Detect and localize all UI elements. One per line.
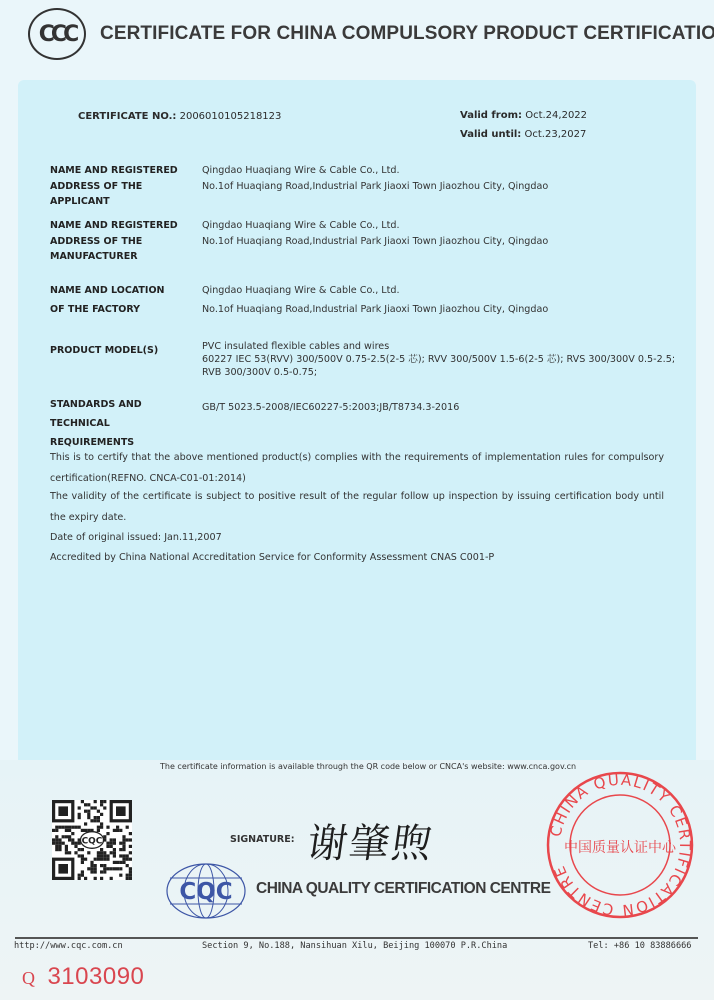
- label-line: NAME AND REGISTERED: [50, 218, 190, 234]
- valid-until: Valid until: Oct.23,2027: [460, 129, 586, 140]
- manufacturer-name: Qingdao Huaqiang Wire & Cable Co., Ltd.: [202, 218, 692, 234]
- footer-address: Section 9, No.188, Nansihuan Xilu, Beiji…: [202, 941, 507, 951]
- manufacturer-address: No.1of Huaqiang Road,Industrial Park Jia…: [202, 234, 692, 250]
- original-issue-date: Date of original issued: Jan.11,2007: [50, 527, 664, 548]
- label-line: MANUFACTURER: [50, 249, 190, 265]
- label-line: ADDRESS OF THE: [50, 234, 190, 250]
- ccc-logo-text: CCC: [39, 22, 75, 47]
- validity-statement: The validity of the certificate is subje…: [50, 486, 664, 528]
- serial-number: Q 3103090: [22, 963, 144, 991]
- certificate-number: CERTIFICATE NO.: 2006010105218123: [78, 111, 281, 122]
- qr-note: The certificate information is available…: [160, 762, 576, 771]
- standards-label: STANDARDS AND TECHNICAL REQUIREMENTS: [50, 395, 190, 452]
- label-line: STANDARDS AND: [50, 395, 190, 414]
- product-models: 60227 IEC 53(RVV) 300/500V 0.75-2.5(2-5 …: [202, 353, 692, 379]
- factory-name: Qingdao Huaqiang Wire & Cable Co., Ltd.: [202, 281, 692, 300]
- label-line: OF THE FACTORY: [50, 300, 190, 319]
- manufacturer-label: NAME AND REGISTERED ADDRESS OF THE MANUF…: [50, 218, 190, 265]
- product-value: PVC insulated flexible cables and wires …: [202, 340, 692, 379]
- standards-value: GB/T 5023.5-2008/IEC60227-5:2003;JB/T873…: [202, 400, 692, 415]
- valid-until-label: Valid until:: [460, 129, 521, 140]
- factory-address: No.1of Huaqiang Road,Industrial Park Jia…: [202, 300, 692, 319]
- manufacturer-value: Qingdao Huaqiang Wire & Cable Co., Ltd. …: [202, 218, 692, 249]
- signature-label: SIGNATURE:: [230, 834, 295, 845]
- label-line: ADDRESS OF THE APPLICANT: [50, 179, 190, 210]
- svg-text:CQC: CQC: [82, 837, 103, 847]
- qr-code-icon: CQC: [52, 800, 132, 880]
- ccc-logo-icon: CCC: [28, 8, 86, 60]
- label-line: NAME AND REGISTERED: [50, 163, 190, 179]
- product-description: PVC insulated flexible cables and wires: [202, 340, 692, 353]
- organization-name: CHINA QUALITY CERTIFICATION CENTRE: [256, 880, 550, 898]
- svg-text:CQC: CQC: [179, 879, 232, 905]
- footer-divider: [15, 937, 698, 939]
- product-label: PRODUCT MODEL(S): [50, 344, 190, 357]
- applicant-name: Qingdao Huaqiang Wire & Cable Co., Ltd.: [202, 163, 692, 179]
- certificate-number-value: 2006010105218123: [180, 111, 282, 122]
- serial-prefix: Q: [22, 968, 35, 988]
- official-seal: CHINA QUALITY CERTIFICATION CENTRE 中国质量认…: [545, 770, 695, 924]
- valid-from: Valid from: Oct.24,2022: [460, 110, 587, 121]
- factory-value: Qingdao Huaqiang Wire & Cable Co., Ltd. …: [202, 281, 692, 319]
- applicant-address: No.1of Huaqiang Road,Industrial Park Jia…: [202, 179, 692, 195]
- certify-statement: This is to certify that the above mentio…: [50, 447, 664, 489]
- applicant-label: NAME AND REGISTERED ADDRESS OF THE APPLI…: [50, 163, 190, 210]
- cqc-logo-icon: CQC: [165, 862, 247, 924]
- valid-until-value: Oct.23,2027: [525, 129, 587, 140]
- certificate-header: CCC CERTIFICATE FOR CHINA COMPULSORY PRO…: [28, 8, 714, 60]
- footer-website-link[interactable]: http://www.cqc.com.cn: [14, 941, 123, 951]
- qr-code[interactable]: CQC: [52, 800, 132, 880]
- factory-label: NAME AND LOCATION OF THE FACTORY: [50, 281, 190, 319]
- valid-from-value: Oct.24,2022: [525, 110, 587, 121]
- certificate-number-label: CERTIFICATE NO.:: [78, 111, 176, 122]
- valid-from-label: Valid from:: [460, 110, 522, 121]
- accreditation-statement: Accredited by China National Accreditati…: [50, 547, 664, 568]
- svg-text:中国质量认证中心: 中国质量认证中心: [564, 839, 677, 856]
- signature: 谢肇煦: [304, 812, 438, 869]
- serial-number-value: 3103090: [47, 963, 144, 990]
- footer-telephone: Tel: +86 10 83886666: [588, 941, 691, 951]
- certificate-title: CERTIFICATE FOR CHINA COMPULSORY PRODUCT…: [100, 23, 714, 45]
- applicant-value: Qingdao Huaqiang Wire & Cable Co., Ltd. …: [202, 163, 692, 194]
- label-line: NAME AND LOCATION: [50, 281, 190, 300]
